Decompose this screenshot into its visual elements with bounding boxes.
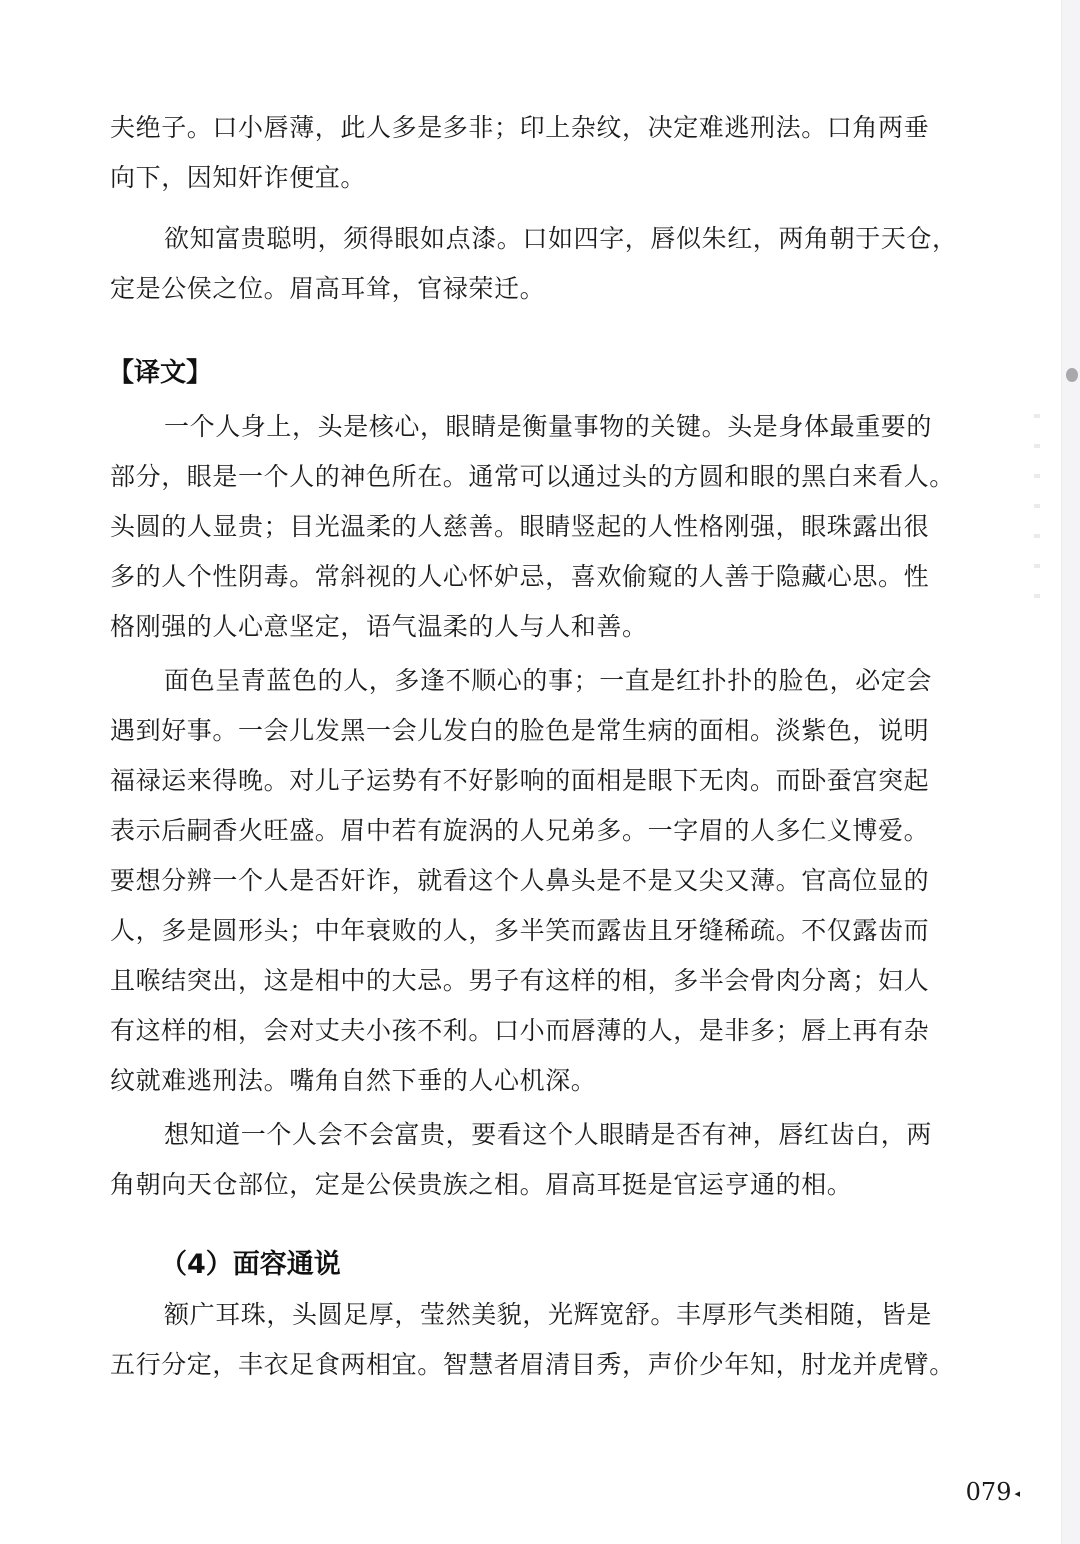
text-line: 表示后嗣香火旺盛。眉中若有旋涡的人兄弟多。一字眉的人多仁义博爱。 [110,806,972,856]
book-page: 夫绝子。口小唇薄，此人多是多非；印上杂纹，决定难逃刑法。口角两垂 向下，因知奸诈… [0,0,1062,1544]
text-line: 面色呈青蓝色的人，多逢不顺心的事；一直是红扑扑的脸色，必定会 [110,656,972,706]
text-line: 福禄运来得晚。对儿子运势有不好影响的面相是眼下无肉。而卧蚕宫突起 [110,756,972,806]
page-edge-strip [1061,0,1080,1544]
text-line: 格刚强的人心意坚定，语气温柔的人与人和善。 [110,602,972,652]
text-line: 向下，因知奸诈便宜。 [110,153,972,203]
text-line: 角朝向天仓部位，定是公侯贵族之相。眉高耳挺是官运亨通的相。 [110,1160,972,1210]
text-line: 夫绝子。口小唇薄，此人多是多非；印上杂纹，决定难逃刑法。口角两垂 [110,103,972,153]
translation-heading: 【译文】 [108,348,972,398]
translation-paragraph-2: 面色呈青蓝色的人，多逢不顺心的事；一直是红扑扑的脸色，必定会 遇到好事。一会儿发… [110,656,972,1106]
translation-paragraph-1: 一个人身上，头是核心，眼睛是衡量事物的关键。头是身体最重要的 部分，眼是一个人的… [110,402,972,652]
text-line: 定是公侯之位。眉高耳耸，官禄荣迁。 [110,264,972,314]
original-text-paragraph-1: 夫绝子。口小唇薄，此人多是多非；印上杂纹，决定难逃刑法。口角两垂 向下，因知奸诈… [110,103,972,203]
text-line: 有这样的相，会对丈夫小孩不利。口小而唇薄的人，是非多；唇上再有杂 [110,1006,972,1056]
original-text-paragraph-2: 欲知富贵聪明，须得眼如点漆。口如四字，唇似朱红，两角朝于天仓， 定是公侯之位。眉… [110,214,972,314]
page-number: 079◂ [966,1478,1020,1506]
page-marker-icon: ◂ [1014,1487,1020,1500]
page-content: 夫绝子。口小唇薄，此人多是多非；印上杂纹，决定难逃刑法。口角两垂 向下，因知奸诈… [110,103,972,1390]
text-line: 五行分定，丰衣足食两相宜。智慧者眉清目秀，声价少年知，肘龙并虎臂。 [110,1340,972,1390]
text-line: 多的人个性阴毒。常斜视的人心怀妒忌，喜欢偷窥的人善于隐藏心思。性 [110,552,972,602]
page-number-value: 079 [966,1478,1012,1506]
text-line: 纹就难逃刑法。嘴角自然下垂的人心机深。 [110,1056,972,1106]
binding-hole-icon [1066,368,1078,382]
text-line: 且喉结突出，这是相中的大忌。男子有这样的相，多半会骨肉分离；妇人 [110,956,972,1006]
text-line: 想知道一个人会不会富贵，要看这个人眼睛是否有神，唇红齿白，两 [110,1110,972,1160]
text-line: 部分，眼是一个人的神色所在。通常可以通过头的方圆和眼的黑白来看人。 [110,452,972,502]
section-heading: （4）面容通说 [160,1240,972,1290]
text-line: 头圆的人显贵；目光温柔的人慈善。眼睛竖起的人性格刚强，眼珠露出很 [110,502,972,552]
section4-paragraph-1: 额广耳珠，头圆足厚，莹然美貌，光辉宽舒。丰厚形气类相随，皆是 五行分定，丰衣足食… [110,1290,972,1390]
scan-edge-marks [1034,400,1040,600]
text-line: 遇到好事。一会儿发黑一会儿发白的脸色是常生病的面相。淡紫色，说明 [110,706,972,756]
text-line: 额广耳珠，头圆足厚，莹然美貌，光辉宽舒。丰厚形气类相随，皆是 [110,1290,972,1340]
text-line: 欲知富贵聪明，须得眼如点漆。口如四字，唇似朱红，两角朝于天仓， [110,214,972,264]
text-line: 一个人身上，头是核心，眼睛是衡量事物的关键。头是身体最重要的 [110,402,972,452]
text-line: 人，多是圆形头；中年衰败的人，多半笑而露齿且牙缝稀疏。不仅露齿而 [110,906,972,956]
translation-paragraph-3: 想知道一个人会不会富贵，要看这个人眼睛是否有神，唇红齿白，两 角朝向天仓部位，定… [110,1110,972,1210]
text-line: 要想分辨一个人是否奸诈，就看这个人鼻头是不是又尖又薄。官高位显的 [110,856,972,906]
